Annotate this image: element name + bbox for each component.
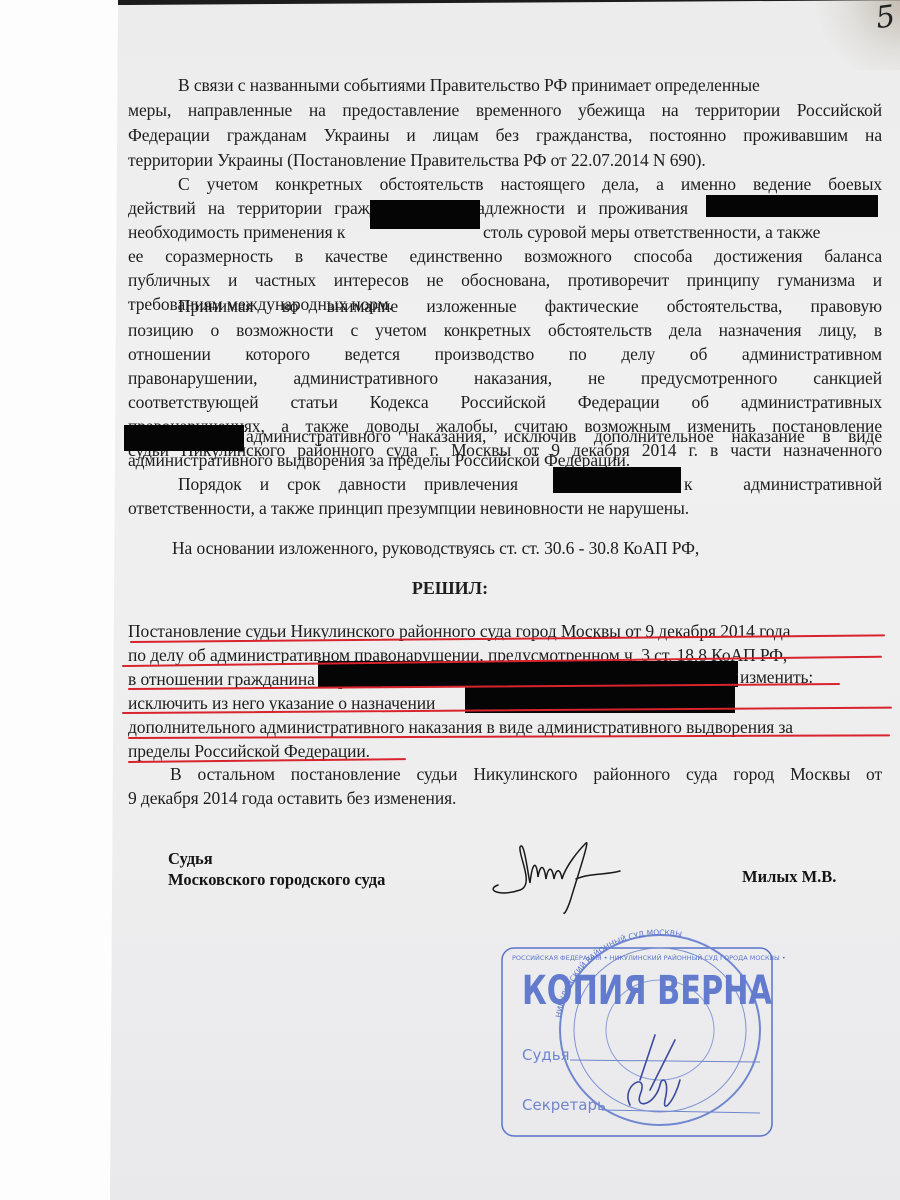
text-line: 9 декабря 2014 года оставить без изменен…	[128, 788, 456, 809]
redaction-box	[553, 467, 681, 493]
text-line: территории Украины (Постановление Правит…	[128, 150, 706, 171]
text-line: публичных и частных интересов не обоснов…	[128, 270, 882, 291]
text-line: На основании изложенного, руководствуясь…	[172, 538, 699, 559]
text-line: С учетом конкретных обстоятельств настоя…	[178, 174, 882, 195]
text-line: Федерации гражданам Украины и лицам без …	[128, 125, 882, 146]
signer-role-line1: Судья	[168, 848, 385, 869]
text-line: необходимость применения к	[128, 222, 345, 243]
redaction-box	[370, 200, 480, 229]
text-line: к административной	[684, 474, 882, 495]
text-line: отношении которого ведется производство …	[128, 344, 882, 365]
text-line: ответственности, а также принцип презумп…	[128, 498, 689, 519]
text-line: ее соразмерность в качестве единственно …	[128, 246, 882, 267]
decision-heading: РЕШИЛ:	[0, 578, 900, 599]
text-line: административного наказания, исключив до…	[246, 426, 882, 447]
redaction-box	[706, 195, 878, 217]
certified-copy-stamp: НИКУЛИНСКИЙ РАЙОННЫЙ СУД МОСКВЫ РОССИЙСК…	[490, 920, 810, 1140]
text-line: соответствующей статьи Кодекса Российско…	[128, 392, 882, 413]
text-line: В остальном постановление судьи Никулинс…	[170, 764, 882, 785]
stamp-judge-label: Судья	[522, 1046, 570, 1064]
stamp-secretary-label: Секретарь	[522, 1096, 606, 1114]
redaction-box	[318, 661, 738, 687]
text-line: правонарушении, административного наказа…	[128, 368, 882, 389]
signer-role: Судья Московского городского суда	[168, 848, 385, 890]
text-line: позицию о возможности с учетом конкретны…	[128, 320, 882, 341]
text-line: меры, направленные на предоставление вре…	[128, 100, 882, 121]
redaction-box	[124, 425, 244, 451]
stamp-title: КОПИЯ ВЕРНА	[522, 968, 772, 1014]
text-line: столь суровой меры ответственности, а та…	[483, 222, 820, 243]
stamp-border-text: РОССИЙСКАЯ ФЕДЕРАЦИЯ • НИКУЛИНСКИЙ РАЙОН…	[512, 953, 786, 962]
text-line: Порядок и срок давности привлечения	[178, 474, 518, 495]
signer-name: Милых М.В.	[742, 866, 836, 887]
signer-role-line2: Московского городского суда	[168, 869, 385, 890]
text-line: В связи с названными событиями Правитель…	[178, 75, 882, 96]
judge-signature	[480, 835, 700, 915]
text-line: Принимая во внимание изложенные фактичес…	[178, 296, 882, 317]
